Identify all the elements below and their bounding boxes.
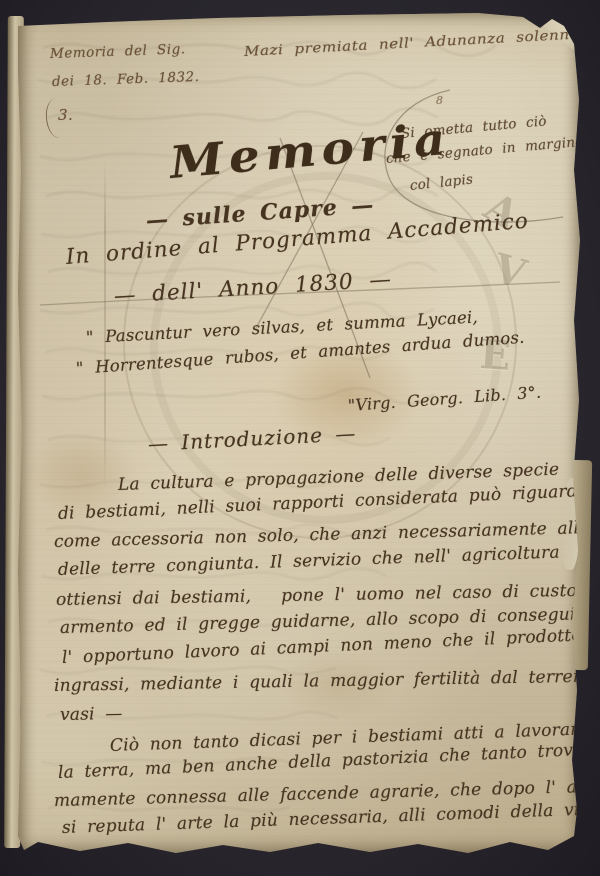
line-gap xyxy=(251,601,281,602)
manuscript-scan: A V E xyxy=(0,0,600,876)
manuscript-page: A V E xyxy=(18,10,582,858)
body-line: vasi — xyxy=(60,704,123,725)
page-number: 3. xyxy=(58,106,73,124)
annotation-corner-mark: 8 xyxy=(436,94,444,107)
body-line-segment: ottiensi dai bestiami, xyxy=(56,587,252,610)
